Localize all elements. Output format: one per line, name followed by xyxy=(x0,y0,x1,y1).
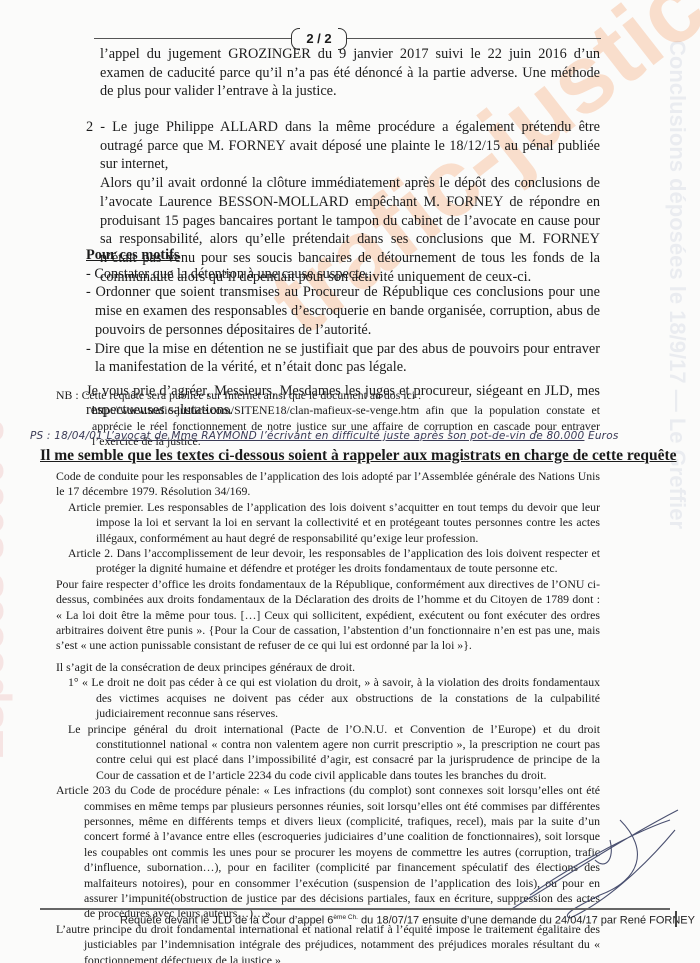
footer-text-2: du 18/07/17 ensuite d’une demande du 24/… xyxy=(358,915,695,927)
section-body: Code de conduite pour les responsables d… xyxy=(56,469,600,963)
point-2-text: 2 - Le juge Philippe ALLARD dans la même… xyxy=(86,118,600,174)
handwritten-ps: PS : 18/04/01 L’avocat de Mme RAYMOND l’… xyxy=(30,430,619,442)
footer-rule xyxy=(40,908,670,910)
principle-general: Le principe général du droit internation… xyxy=(56,722,600,784)
motif-item: - Dire que la mise en détention ne se ju… xyxy=(86,340,600,377)
article-203: Article 203 du Code de procédure pénale:… xyxy=(56,783,600,922)
section-title: Il me semble que les textes ci-dessous s… xyxy=(40,447,677,465)
header-rule-right xyxy=(347,38,601,39)
ps-prefix: PS : 18/04/01 xyxy=(30,430,107,442)
document-page: Espèces 3000 € Conclusions déposées le 1… xyxy=(0,0,700,963)
ps-suffix: Euros xyxy=(584,430,618,442)
ps-text: L’avocat de Mme RAYMOND l’écrivant en di… xyxy=(107,430,585,442)
article-2: Article 2. Dans l’accomplissement de leu… xyxy=(56,546,600,577)
nb-url-link[interactable]: http://www.trafic-justice.com/SITENE18/c… xyxy=(92,403,419,417)
article-1: Article premier. Les responsables de l’a… xyxy=(56,500,600,546)
motifs-title: Pour ces motifs xyxy=(86,246,600,265)
consecration: Il s’agit de la consécration de deux pri… xyxy=(56,660,600,675)
footer-text: Requête devant le JLD de la Cour d’appel… xyxy=(120,915,333,927)
motif-item: - Ordonner que soient transmises au Proc… xyxy=(86,283,600,339)
principle-1: 1° « Le droit ne doit pas céder à ce qui… xyxy=(56,675,600,721)
continuation-text: l’appel du jugement GROZINGER du 9 janvi… xyxy=(100,45,600,101)
code-intro: Code de conduite pour les responsables d… xyxy=(56,469,600,500)
motif-item: - Constater que la détention à une cause… xyxy=(86,265,600,284)
header-rule-left xyxy=(94,38,291,39)
left-stamp-bleed: Espèces 3000 € xyxy=(0,420,14,760)
footer: Requête devant le JLD de la Cour d’appel… xyxy=(120,914,695,927)
respect-paragraph: Pour faire respecter d’office les droits… xyxy=(56,577,600,654)
footer-superscript: ème Ch. xyxy=(333,914,358,921)
continuation-paragraph: l’appel du jugement GROZINGER du 9 janvi… xyxy=(100,45,600,101)
footer-bar xyxy=(675,911,677,927)
equity-principle: L’autre principe du droit fondamental in… xyxy=(56,922,600,963)
nb-label: NB : Cette requête sera publiée sur Inte… xyxy=(56,388,600,403)
